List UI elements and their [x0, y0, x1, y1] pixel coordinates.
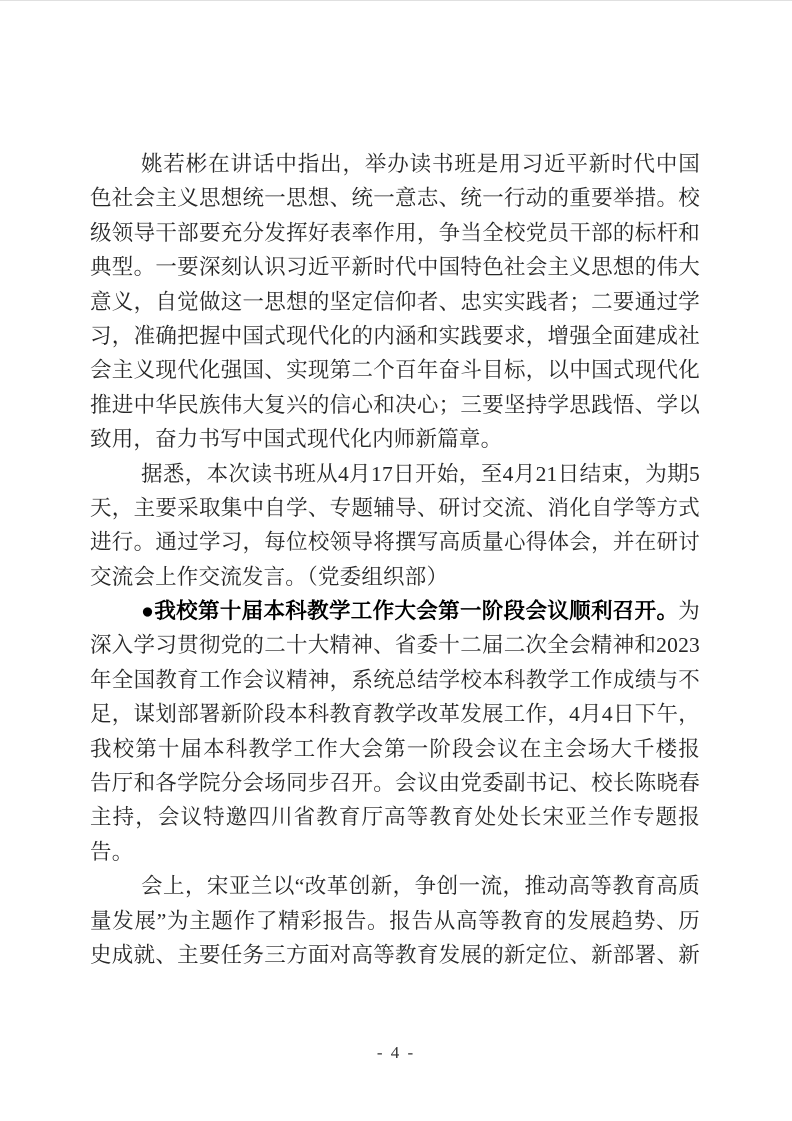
text-line: 主持，会议特邀四川省教育厅高等教育处处长宋亚兰作专题报	[90, 800, 700, 834]
text-line: 典型。一要深刻认识习近平新时代中国特色社会主义思想的伟大	[90, 250, 700, 284]
text-line: 致用，奋力书写中国式现代化内师新篇章。	[90, 422, 700, 456]
text-line: 告。	[90, 835, 700, 869]
text-line: 交流会上作交流发言。（党委组织部）	[90, 560, 700, 594]
text-run: 量发展”为主题作了精彩报告。报告从高等教育的发展趋势、历	[90, 909, 700, 933]
text-run: 习，准确把握中国式现代化的内涵和实践要求，增强全面建成社	[90, 324, 700, 348]
text-run: 交流会上作交流发言。（党委组织部）	[90, 565, 448, 589]
text-run: 为	[678, 599, 700, 623]
text-run: 告。	[90, 840, 133, 864]
text-line: 史成就、主要任务三方面对高等教育发展的新定位、新部署、新	[90, 938, 700, 972]
text-line: 会主义现代化强国、实现第二个百年奋斗目标，以中国式现代化	[90, 353, 700, 387]
text-run: 年全国教育工作会议精神，系统总结学校本科教学工作成绩与不	[90, 668, 700, 692]
bold-run: ●我校第十届本科教学工作大会第一阶段会议顺利召开。	[141, 599, 678, 623]
text-line: 足，谋划部署新阶段本科教育教学改革发展工作，4月4日下午，	[90, 697, 700, 731]
text-run: 告厅和各学院分会场同步召开。会议由党委副书记、校长陈晓春	[90, 771, 700, 795]
text-run: 足，谋划部署新阶段本科教育教学改革发展工作，4月4日下午，	[90, 702, 700, 726]
text-line: 级领导干部要充分发挥好表率作用，争当全校党员干部的标杆和	[90, 216, 700, 250]
text-run: 史成就、主要任务三方面对高等教育发展的新定位、新部署、新	[90, 943, 700, 967]
text-run: 会上，宋亚兰以“改革创新，争创一流，推动高等教育高质	[141, 874, 700, 898]
text-line: 我校第十届本科教学工作大会第一阶段会议在主会场大千楼报	[90, 732, 700, 766]
text-line: 姚若彬在讲话中指出，举办读书班是用习近平新时代中国特	[90, 147, 700, 181]
text-block: 姚若彬在讲话中指出，举办读书班是用习近平新时代中国特色社会主义思想统一思想、统一…	[90, 147, 700, 972]
text-line: 色社会主义思想统一思想、统一意志、统一行动的重要举措。校	[90, 181, 700, 215]
text-run: 推进中华民族伟大复兴的信心和决心；三要坚持学思践悟、学以	[90, 393, 700, 417]
text-run: 我校第十届本科教学工作大会第一阶段会议在主会场大千楼报	[90, 737, 700, 761]
text-run: 姚若彬在讲话中指出，举办读书班是用习近平新时代中国特	[141, 152, 700, 181]
text-run: 致用，奋力书写中国式现代化内师新篇章。	[90, 427, 502, 451]
text-run: 意义，自觉做这一思想的坚定信仰者、忠实实践者；二要通过学	[90, 290, 700, 314]
text-run: 主持，会议特邀四川省教育厅高等教育处处长宋亚兰作专题报	[90, 805, 700, 829]
document-page: 姚若彬在讲话中指出，举办读书班是用习近平新时代中国特色社会主义思想统一思想、统一…	[0, 0, 792, 1121]
text-line: 意义，自觉做这一思想的坚定信仰者、忠实实践者；二要通过学	[90, 285, 700, 319]
text-line: 据悉，本次读书班从4月17日开始，至4月21日结束，为期5	[90, 457, 700, 491]
text-line: 深入学习贯彻党的二十大精神、省委十二届二次全会精神和2023	[90, 628, 700, 662]
text-run: 据悉，本次读书班从4月17日开始，至4月21日结束，为期5	[141, 462, 700, 486]
text-line: 会上，宋亚兰以“改革创新，争创一流，推动高等教育高质	[90, 869, 700, 903]
text-run: 深入学习贯彻党的二十大精神、省委十二届二次全会精神和2023	[90, 633, 700, 657]
text-line: ●我校第十届本科教学工作大会第一阶段会议顺利召开。为	[90, 594, 700, 628]
text-run: 级领导干部要充分发挥好表率作用，争当全校党员干部的标杆和	[90, 221, 700, 245]
text-line: 推进中华民族伟大复兴的信心和决心；三要坚持学思践悟、学以	[90, 388, 700, 422]
text-run: 进行。通过学习，每位校领导将撰写高质量心得体会，并在研讨	[90, 530, 700, 554]
page-number: - 4 -	[0, 1043, 792, 1063]
text-line: 进行。通过学习，每位校领导将撰写高质量心得体会，并在研讨	[90, 525, 700, 559]
text-run: 会主义现代化强国、实现第二个百年奋斗目标，以中国式现代化	[90, 358, 700, 382]
text-line: 量发展”为主题作了精彩报告。报告从高等教育的发展趋势、历	[90, 904, 700, 938]
text-run: 典型。一要深刻认识习近平新时代中国特色社会主义思想的伟大	[90, 255, 700, 279]
text-line: 天，主要采取集中自学、专题辅导、研讨交流、消化自学等方式	[90, 491, 700, 525]
text-line: 年全国教育工作会议精神，系统总结学校本科教学工作成绩与不	[90, 663, 700, 697]
text-run: 色社会主义思想统一思想、统一意志、统一行动的重要举措。校	[90, 186, 700, 210]
text-line: 习，准确把握中国式现代化的内涵和实践要求，增强全面建成社	[90, 319, 700, 353]
text-run: 天，主要采取集中自学、专题辅导、研讨交流、消化自学等方式	[90, 496, 700, 520]
text-line: 告厅和各学院分会场同步召开。会议由党委副书记、校长陈晓春	[90, 766, 700, 800]
